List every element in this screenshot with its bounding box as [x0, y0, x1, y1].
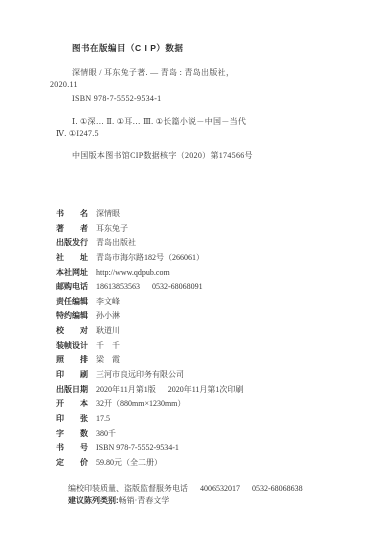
table-row: 校 对耿道川 [56, 324, 356, 339]
field-label: 装帧设计 [56, 339, 89, 354]
quality-hotline-phone-1: 4006532017 [200, 484, 240, 493]
table-row: 出版发行青岛出版社 [56, 236, 356, 251]
field-value: 380千 [96, 429, 116, 438]
field-label: 邮购电话 [56, 280, 89, 295]
field-value: 青岛出版社 [96, 238, 136, 247]
field-value: 18613853563 [96, 282, 140, 291]
field-label: 印 刷 [56, 368, 89, 383]
field-value: 梁 霞 [96, 355, 120, 364]
shelving-category-line: 建议陈列类别:畅销·青春文学 [56, 486, 169, 515]
table-row: 字 数380千 [56, 427, 356, 442]
table-row: 照 排梁 霞 [56, 353, 356, 368]
field-label: 校 对 [56, 324, 89, 339]
cip-classification-line: Ⅳ. ①I247.5 [56, 129, 99, 138]
field-label: 书 号 [56, 441, 89, 456]
field-value: 三河市良远印务有限公司 [96, 370, 184, 379]
table-row: 书 名深情眼 [56, 207, 356, 222]
field-value-2: 0532-68068091 [152, 282, 203, 291]
cip-title: 图书在版编目（C I P）数据 [72, 42, 183, 54]
field-label: 出版发行 [56, 236, 89, 251]
field-label: 本社网址 [56, 266, 89, 281]
table-row: 责任编辑李文峰 [56, 295, 356, 310]
field-label: 出版日期 [56, 383, 89, 398]
table-row: 书 号ISBN 978-7-5552-9534-1 [56, 441, 356, 456]
table-row: 印 刷三河市良远印务有限公司 [56, 368, 356, 383]
field-value: 59.80元（全二册） [96, 458, 162, 467]
field-label: 著 者 [56, 222, 89, 237]
field-value: 耳东兔子 [96, 224, 128, 233]
field-value: 青岛市海尔路182号（266061） [96, 253, 204, 262]
copyright-page: 图书在版编目（C I P）数据 深情眼 / 耳东兔子著. — 青岛 : 青岛出版… [0, 0, 375, 543]
shelving-category-value: 畅销·青春文学 [119, 496, 170, 505]
table-row: 开 本32开（880mm×1230mm） [56, 397, 356, 412]
field-label: 定 价 [56, 456, 89, 471]
field-label: 开 本 [56, 397, 89, 412]
table-row: 出版日期2020年11月第1版2020年11月第1次印刷 [56, 383, 356, 398]
cip-isbn-line: ISBN 978-7-5552-9534-1 [72, 94, 161, 103]
field-label: 责任编辑 [56, 295, 89, 310]
table-row: 著 者耳东兔子 [56, 222, 356, 237]
publication-info-table: 书 名深情眼 著 者耳东兔子 出版发行青岛出版社 社 址青岛市海尔路182号（2… [56, 207, 356, 471]
table-row: 本社网址http://www.qdpub.com [56, 266, 356, 281]
field-label: 字 数 [56, 427, 89, 442]
field-value: 李文峰 [96, 297, 120, 306]
field-label: 社 址 [56, 251, 89, 266]
field-value: 千 千 [96, 341, 120, 350]
field-value: 耿道川 [96, 326, 120, 335]
table-row: 特约编辑孙小淋 [56, 309, 356, 324]
field-value: 2020年11月第1版 [96, 385, 156, 394]
cip-record-number: 中国版本图书馆CIP数据核字（2020）第174566号 [72, 150, 253, 161]
field-value: ISBN 978-7-5552-9534-1 [96, 443, 179, 452]
cip-description-line: 深情眼 / 耳东兔子著. — 青岛 : 青岛出版社， [72, 67, 234, 78]
cip-classification-line: Ⅰ. ①深… Ⅱ. ①耳… Ⅲ. ①长篇小说－中国－当代 [72, 116, 246, 127]
field-value-2: 2020年11月第1次印刷 [168, 385, 244, 394]
shelving-category-label: 建议陈列类别: [68, 496, 119, 505]
table-row: 社 址青岛市海尔路182号（266061） [56, 251, 356, 266]
field-value: http://www.qdpub.com [96, 268, 170, 277]
field-label: 印 张 [56, 412, 89, 427]
field-label: 书 名 [56, 207, 89, 222]
field-value: 32开（880mm×1230mm） [96, 399, 185, 408]
table-row: 邮购电话186138535630532-68068091 [56, 280, 356, 295]
field-value: 17.5 [96, 414, 110, 423]
table-row: 定 价59.80元（全二册） [56, 456, 356, 471]
field-label: 特约编辑 [56, 309, 89, 324]
table-row: 印 张17.5 [56, 412, 356, 427]
field-value: 深情眼 [96, 209, 120, 218]
quality-hotline-phone-2: 0532-68068638 [252, 484, 303, 493]
table-row: 装帧设计千 千 [56, 339, 356, 354]
field-label: 照 排 [56, 353, 89, 368]
cip-description-line: 2020.11 [50, 80, 78, 89]
field-value: 孙小淋 [96, 311, 120, 320]
